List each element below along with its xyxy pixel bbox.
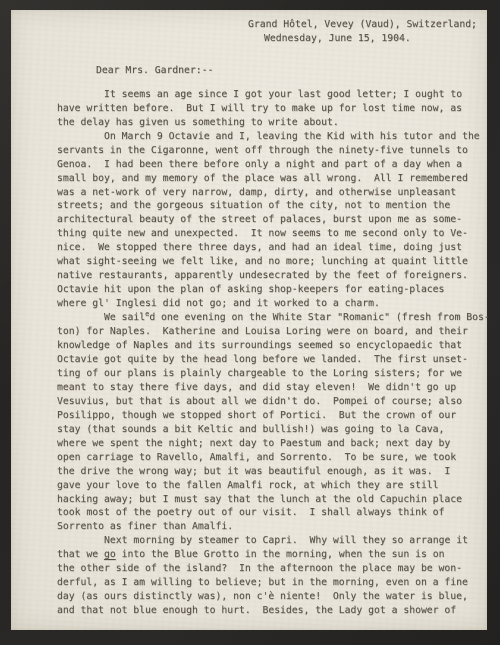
letter-line: was a net-work of very narrow, damp, dir… [57,186,481,200]
letter-heading: Grand Hôtel, Vevey (Vaud), Switzerland; … [248,18,481,46]
letter-line: ting of our plans is plainly chargeable … [57,367,481,381]
paragraph: On March 9 Octavie and I, leaving the Ki… [57,130,481,311]
letter-line: nice. We stopped there three days, and h… [57,241,481,255]
letter-line: Octavie hit upon the plan of asking shop… [57,283,481,297]
letter-line: servants in the Cigaronne, went off thro… [57,144,481,158]
letter-line: what sight-seeing we felt like, and no m… [57,255,481,269]
letter-line: gave your love to the fallen Amalfi rock… [57,479,481,493]
letter-line: On March 9 Octavie and I, leaving the Ki… [57,130,481,144]
letter-line: the other side of the island? In the aft… [57,562,481,576]
letter-line: the drive the wrong way; but it was beau… [57,465,481,479]
letter-line: open carriage to Ravello, Amalfi, and So… [57,451,481,465]
letter-line: meant to stay there five days, and did s… [57,381,481,395]
letter-line: day (as ours distinctly was), non c'è ni… [57,590,481,604]
letter-line: thing quite new and unexpected. It now s… [57,227,481,241]
letter-line: Next morning by steamer to Capri. Why wi… [57,534,481,548]
letter-line: and that not blue enough to hurt. Beside… [57,604,481,618]
letter-line: architectural beauty of the street of pa… [57,213,481,227]
letter-line: streets; and the gorgeous situation of t… [57,199,481,213]
letter-line: It seems an age since I got your last go… [57,88,481,102]
letter-line: small boy, and my memory of the place wa… [57,172,481,186]
letter-line: Sorrento as finer than Amalfi. [57,520,481,534]
letter-line: have written before. But I will try to m… [57,102,481,116]
letter-line: the delay has given us something to writ… [57,116,481,130]
letter-line: that we go into the Blue Grotto in the m… [57,548,481,562]
paragraph: We sailed one evening on the White Star … [57,311,481,534]
letter-line: Octavie got quite by the head long befor… [57,353,481,367]
heading-address-line: Grand Hôtel, Vevey (Vaud), Switzerland; [248,18,481,32]
salutation: Dear Mrs. Gardner:-- [57,64,481,78]
letter-line: Vesuvius, but that is about all we didn'… [57,395,481,409]
letter-line: native restaurants, apparently undesecra… [57,269,481,283]
letter-line: knowledge of Naples and its surroundings… [57,339,481,353]
letter-line: ton) for Naples. Katherine and Louisa Lo… [57,325,481,339]
letter-line: Genoa. I had been there before only a ni… [57,158,481,172]
letter-line: derful, as I am willing to believe; but … [57,576,481,590]
letter-page: Grand Hôtel, Vevey (Vaud), Switzerland; … [11,10,487,630]
paragraph: It seems an age since I got your last go… [57,88,481,130]
letter-line: stay (that sounds a bit Keltic and bulli… [57,423,481,437]
letter-line: where we spent the night; next day to Pa… [57,437,481,451]
heading-date-line: Wednesday, June 15, 1904. [248,32,481,46]
paragraph: Next morning by steamer to Capri. Why wi… [57,534,481,618]
letter-line: where gl' Inglesi did not go; and it wor… [57,297,481,311]
letter-line: took most of the poetry out of our visit… [57,506,481,520]
letter-body: It seems an age since I got your last go… [57,88,481,618]
letter-line: We sailed one evening on the White Star … [57,311,481,325]
letter-line: Posilippo, though we stopped short of Po… [57,409,481,423]
photo-border: Grand Hôtel, Vevey (Vaud), Switzerland; … [0,0,500,645]
letter-line: hacking away; but I must say that the lu… [57,493,481,507]
letter-content: Grand Hôtel, Vevey (Vaud), Switzerland; … [57,18,481,626]
